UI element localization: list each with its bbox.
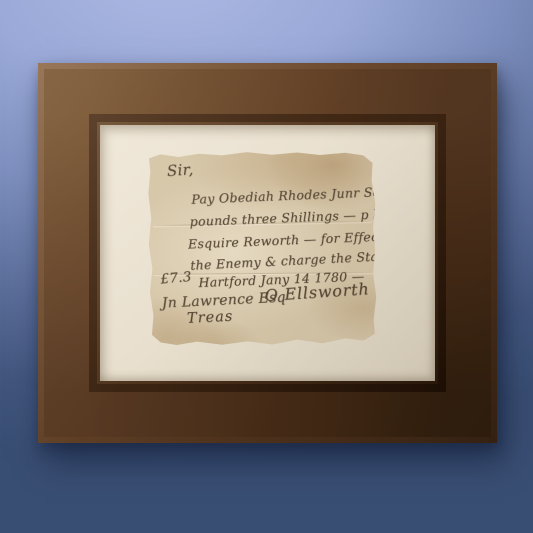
- frame-inner-step: Sir, Pay Obediah Rhodes Junr Seven pound…: [89, 114, 446, 392]
- doc-line-amount-words: pounds three Shillings — p hand of: [189, 205, 423, 229]
- doc-addressee-title: Treas: [187, 309, 234, 327]
- doc-line-pay-order: Pay Obediah Rhodes Junr Seven: [191, 183, 404, 207]
- frame-inner-lip: Sir, Pay Obediah Rhodes Junr Seven pound…: [97, 122, 438, 384]
- frame-outer-lip: Sir, Pay Obediah Rhodes Junr Seven pound…: [38, 63, 497, 443]
- frame-wood-slope: Sir, Pay Obediah Rhodes Junr Seven pound…: [44, 69, 491, 437]
- picture-frame: Sir, Pay Obediah Rhodes Junr Seven pound…: [38, 63, 497, 443]
- doc-amount-figure: £7.3: [160, 269, 192, 288]
- doc-line-effects: Esquire Reworth — for Effects taken by: [188, 226, 452, 252]
- document-paper: Sir, Pay Obediah Rhodes Junr Seven pound…: [147, 149, 378, 346]
- doc-salutation: Sir,: [166, 160, 194, 180]
- blue-wall: Sir, Pay Obediah Rhodes Junr Seven pound…: [0, 0, 533, 533]
- mat-board: Sir, Pay Obediah Rhodes Junr Seven pound…: [100, 125, 435, 381]
- doc-line-charge-state: the Enemy & charge the State —: [190, 247, 409, 273]
